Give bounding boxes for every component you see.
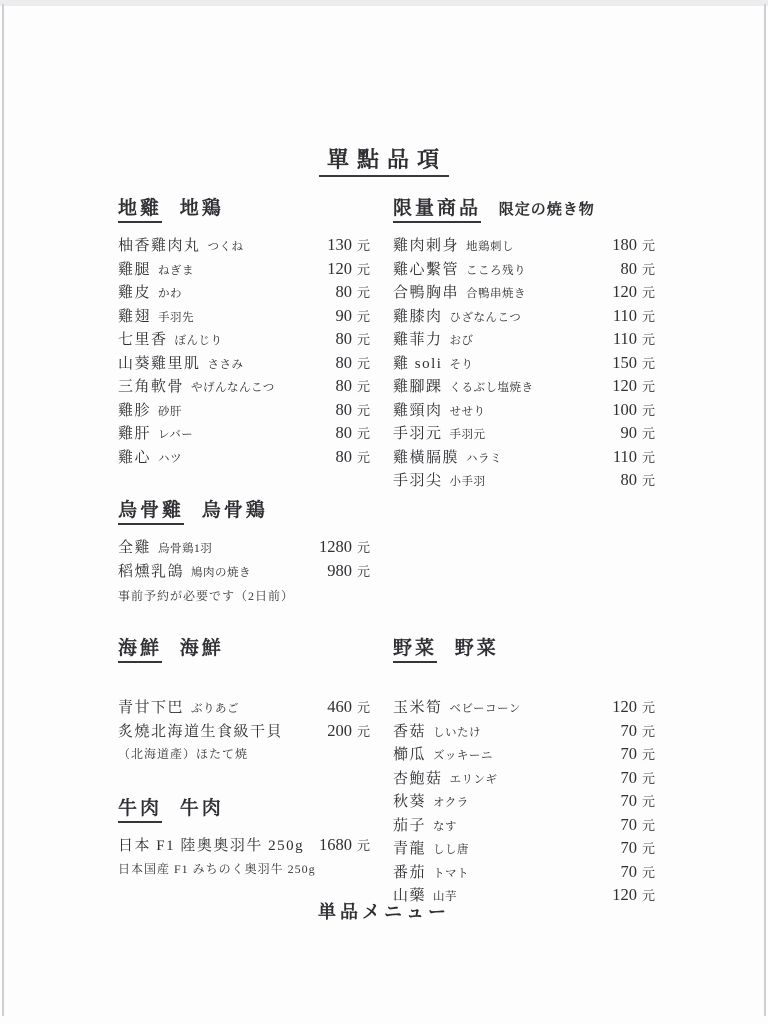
section-vegetables: 野菜 野菜 玉米筍ベビーコーン120元香菇しいたけ70元櫛瓜ズッキーニ70元杏鮑… xyxy=(393,633,655,908)
item-price-unit: 元 xyxy=(357,282,370,301)
item-name: 雞胗砂肝 xyxy=(118,399,182,420)
item-name-zh: 番茄 xyxy=(393,865,426,881)
menu-item-row: 手羽尖小手羽80元 xyxy=(393,469,655,493)
item-price-value: 90 xyxy=(601,423,637,443)
item-furigana: こころ残り xyxy=(466,265,526,277)
item-price-unit: 元 xyxy=(357,376,370,395)
item-name: 玉米筍ベビーコーン xyxy=(393,696,521,717)
item-price-unit: 元 xyxy=(357,721,370,740)
item-name: 雞肝レバー xyxy=(118,422,193,443)
item-name: 櫛瓜ズッキーニ xyxy=(393,743,493,764)
menu-item-row: 全雞烏骨鶏1羽1280元 xyxy=(118,536,370,560)
item-price: 80元 xyxy=(601,259,655,279)
item-name: 青甘下巴ぶりあご xyxy=(118,696,239,717)
item-price: 80元 xyxy=(316,376,370,396)
menu-item-row: 茄子なす70元 xyxy=(393,814,655,838)
item-furigana: ぶりあご xyxy=(191,703,239,715)
section-heading-zh: 野菜 xyxy=(393,638,437,663)
menu-item-row: 玉米筍ベビーコーン120元 xyxy=(393,696,655,720)
menu-item-row: 柚香雞肉丸つくね130元 xyxy=(118,234,370,258)
menu-item-row: 炙燒北海道生食級干貝200元 xyxy=(118,720,370,744)
item-furigana: レバー xyxy=(158,429,193,441)
item-price-value: 460 xyxy=(316,697,352,717)
item-name-zh: 青甘下巴 xyxy=(118,700,184,716)
item-name-zh: 柚香雞肉丸 xyxy=(118,238,201,254)
item-furigana: 小手羽 xyxy=(450,476,486,488)
item-name-zh: 雞菲力 xyxy=(393,332,443,348)
item-furigana: せせり xyxy=(450,406,486,418)
item-price-unit: 元 xyxy=(642,815,655,834)
item-furigana: 鳩肉の焼き xyxy=(191,567,251,579)
item-furigana: つくね xyxy=(208,241,244,253)
menu-item-row: 日本 F1 陸奧奧羽牛 250g1680元 xyxy=(118,834,370,858)
item-price: 180元 xyxy=(601,235,655,255)
item-furigana: ささみ xyxy=(208,359,244,371)
item-furigana: ベビーコーン xyxy=(450,703,521,715)
section-items: 青甘下巴ぶりあご460元炙燒北海道生食級干貝200元（北海道產）ほたて焼 xyxy=(118,696,370,765)
section-heading: 限量商品 限定の焼き物 xyxy=(393,193,655,220)
menu-item-row: 雞菲力おび110元 xyxy=(393,328,655,352)
item-price: 110元 xyxy=(601,306,655,326)
item-name: 雞腳踝くるぶし塩焼き xyxy=(393,375,534,396)
item-price: 70元 xyxy=(601,744,655,764)
item-name: 雞翅手羽先 xyxy=(118,305,194,326)
menu-item-row: 秋葵オクラ70元 xyxy=(393,790,655,814)
item-name-zh: 雞皮 xyxy=(118,285,151,301)
item-price: 80元 xyxy=(316,282,370,302)
item-price: 110元 xyxy=(601,329,655,349)
item-name: 番茄トマト xyxy=(393,861,469,882)
item-name-zh: 雞橫膈膜 xyxy=(393,450,459,466)
menu-item-row: 雞腿ねぎま120元 xyxy=(118,258,370,282)
item-furigana: 手羽元 xyxy=(450,429,486,441)
item-price-value: 1680 xyxy=(316,835,352,855)
item-price-value: 120 xyxy=(601,697,637,717)
section-items: 全雞烏骨鶏1羽1280元稻燻乳鴿鳩肉の焼き980元 xyxy=(118,536,370,583)
section-seafood: 海鮮 海鮮 青甘下巴ぶりあご460元炙燒北海道生食級干貝200元（北海道產）ほた… xyxy=(118,633,370,765)
section-heading-ja: 野菜 xyxy=(455,638,499,659)
item-price-unit: 元 xyxy=(357,561,370,580)
section-heading-ja: 烏骨鶏 xyxy=(202,500,268,521)
section-heading-ja: 牛肉 xyxy=(180,798,224,819)
item-furigana: しいたけ xyxy=(433,727,481,739)
section-heading: 烏骨雞 烏骨鶏 xyxy=(118,495,370,522)
item-name-zh: 手羽元 xyxy=(393,426,443,442)
item-furigana: しし唐 xyxy=(433,844,469,856)
section-heading: 地雞 地鶏 xyxy=(118,193,370,220)
item-price: 80元 xyxy=(316,400,370,420)
section-heading-zh: 牛肉 xyxy=(118,798,162,823)
item-price: 70元 xyxy=(601,768,655,788)
item-price-value: 110 xyxy=(601,447,637,467)
item-price-value: 110 xyxy=(601,329,637,349)
page-edge-bottom xyxy=(0,0,768,6)
item-price-value: 100 xyxy=(601,400,637,420)
item-furigana: やげんなんこつ xyxy=(191,382,275,394)
section-limited: 限量商品 限定の焼き物 雞肉刺身地鶏刺し180元雞心繫管こころ残り80元合鴨胸串… xyxy=(393,193,655,493)
menu-item-row: 手羽元手羽元90元 xyxy=(393,422,655,446)
item-furigana: ねぎま xyxy=(158,265,194,277)
item-name-zh: 雞腳踝 xyxy=(393,379,443,395)
item-price-value: 80 xyxy=(601,470,637,490)
item-price-unit: 元 xyxy=(642,862,655,881)
section-heading: 野菜 野菜 xyxy=(393,633,655,660)
item-price: 1280元 xyxy=(316,537,370,557)
item-price: 70元 xyxy=(601,815,655,835)
item-name-zh: 手羽尖 xyxy=(393,473,443,489)
item-furigana: 手羽先 xyxy=(158,312,194,324)
item-name-zh: 山葵雞里肌 xyxy=(118,356,201,372)
item-name-zh: 日本 F1 陸奧奧羽牛 250g xyxy=(118,838,304,854)
item-price-unit: 元 xyxy=(642,235,655,254)
section-beef: 牛肉 牛肉 日本 F1 陸奧奧羽牛 250g1680元日本国産 F1 みちのく奥… xyxy=(118,793,370,880)
item-price: 110元 xyxy=(601,447,655,467)
item-name: 雞膝肉ひざなんこつ xyxy=(393,305,521,326)
menu-item-row: 櫛瓜ズッキーニ70元 xyxy=(393,743,655,767)
item-price-value: 80 xyxy=(316,353,352,373)
item-name: 雞腿ねぎま xyxy=(118,258,194,279)
item-price-value: 80 xyxy=(316,376,352,396)
item-price-unit: 元 xyxy=(642,721,655,740)
menu-item-row: 雞胗砂肝80元 xyxy=(118,399,370,423)
section-heading: 海鮮 海鮮 xyxy=(118,633,370,660)
item-name: 雞心ハツ xyxy=(118,446,182,467)
item-name-zh: 雞頸肉 xyxy=(393,403,443,419)
item-price-value: 80 xyxy=(316,282,352,302)
item-price: 200元 xyxy=(316,721,370,741)
item-price-unit: 元 xyxy=(357,537,370,556)
menu-item-row: 雞翅手羽先90元 xyxy=(118,305,370,329)
menu-item-row: 三角軟骨やげんなんこつ80元 xyxy=(118,375,370,399)
page-title-text: 單點品項 xyxy=(319,147,449,177)
item-name-zh: 雞翅 xyxy=(118,309,151,325)
item-name: 香菇しいたけ xyxy=(393,720,481,741)
item-name-zh: 雞肝 xyxy=(118,426,151,442)
item-price-value: 120 xyxy=(316,259,352,279)
item-furigana: ズッキーニ xyxy=(433,750,493,762)
section-heading-ja: 限定の焼き物 xyxy=(499,202,595,218)
item-name: 柚香雞肉丸つくね xyxy=(118,234,244,255)
item-furigana: ひざなんこつ xyxy=(450,312,522,324)
item-price: 90元 xyxy=(601,423,655,443)
item-price-unit: 元 xyxy=(642,306,655,325)
item-name-zh: 秋葵 xyxy=(393,794,426,810)
item-price: 120元 xyxy=(316,259,370,279)
item-price: 1680元 xyxy=(316,835,370,855)
item-price-value: 80 xyxy=(601,259,637,279)
item-price-value: 110 xyxy=(601,306,637,326)
item-name-zh: 七里香 xyxy=(118,332,168,348)
item-price: 460元 xyxy=(316,697,370,717)
item-price-unit: 元 xyxy=(357,423,370,442)
menu-item-row: 山葵雞里肌ささみ80元 xyxy=(118,352,370,376)
item-price: 120元 xyxy=(601,282,655,302)
item-name: 七里香ぼんじり xyxy=(118,328,223,349)
item-name-zh: 雞心 xyxy=(118,450,151,466)
item-price-value: 80 xyxy=(316,329,352,349)
item-name: 秋葵オクラ xyxy=(393,790,469,811)
item-price-value: 180 xyxy=(601,235,637,255)
menu-item-row: 雞 soliそり150元 xyxy=(393,352,655,376)
item-furigana: 合鴨串焼き xyxy=(466,288,526,300)
item-price-value: 980 xyxy=(316,561,352,581)
item-name-zh: 炙燒北海道生食級干貝 xyxy=(118,724,283,740)
item-name: 三角軟骨やげんなんこつ xyxy=(118,375,275,396)
item-furigana: ハラミ xyxy=(466,453,502,465)
menu-item-row: 雞頸肉せせり100元 xyxy=(393,399,655,423)
item-price-value: 70 xyxy=(601,815,637,835)
item-price: 70元 xyxy=(601,838,655,858)
section-heading-zh: 限量商品 xyxy=(393,198,481,223)
menu-item-row: 杏鮑菇エリンギ70元 xyxy=(393,767,655,791)
item-furigana: エリンギ xyxy=(450,774,498,786)
item-name-zh: 雞腿 xyxy=(118,262,151,278)
item-name: 青龍しし唐 xyxy=(393,837,469,858)
section-heading-ja: 海鮮 xyxy=(180,638,224,659)
item-price-unit: 元 xyxy=(642,423,655,442)
item-price: 70元 xyxy=(601,862,655,882)
item-price-unit: 元 xyxy=(357,353,370,372)
item-price: 80元 xyxy=(601,470,655,490)
item-name: 雞心繫管こころ残り xyxy=(393,258,526,279)
item-name: 雞皮かわ xyxy=(118,281,182,302)
item-price-value: 1280 xyxy=(316,537,352,557)
section-note: 事前予約が必要です（2日前） xyxy=(118,585,370,607)
section-items: 日本 F1 陸奧奧羽牛 250g1680元日本国産 F1 みちのく奥羽牛 250… xyxy=(118,834,370,880)
item-note: 日本国産 F1 みちのく奥羽牛 250g xyxy=(118,858,370,880)
menu-item-row: 雞膝肉ひざなんこつ110元 xyxy=(393,305,655,329)
item-name: 杏鮑菇エリンギ xyxy=(393,767,498,788)
item-name: 手羽尖小手羽 xyxy=(393,469,486,490)
item-price: 70元 xyxy=(601,791,655,811)
item-price-unit: 元 xyxy=(642,259,655,278)
menu-item-row: 香菇しいたけ70元 xyxy=(393,720,655,744)
item-furigana: 砂肝 xyxy=(158,406,182,418)
item-price-value: 70 xyxy=(601,862,637,882)
item-name-zh: 雞 soli xyxy=(393,356,442,372)
item-price-unit: 元 xyxy=(642,768,655,787)
item-price: 80元 xyxy=(316,353,370,373)
item-price: 120元 xyxy=(601,697,655,717)
item-price-unit: 元 xyxy=(642,470,655,489)
item-furigana: 地鶏刺し xyxy=(466,241,514,253)
menu-item-row: 雞心ハツ80元 xyxy=(118,446,370,470)
section-heading-zh: 地雞 xyxy=(118,198,162,223)
menu-item-row: 雞橫膈膜ハラミ110元 xyxy=(393,446,655,470)
section-items: 雞肉刺身地鶏刺し180元雞心繫管こころ残り80元合鴨胸串合鴨串焼き120元雞膝肉… xyxy=(393,234,655,493)
item-price-value: 70 xyxy=(601,838,637,858)
item-name: 雞橫膈膜ハラミ xyxy=(393,446,502,467)
item-furigana: オクラ xyxy=(433,797,469,809)
menu-item-row: 合鴨胸串合鴨串焼き120元 xyxy=(393,281,655,305)
menu-item-row: 雞肝レバー80元 xyxy=(118,422,370,446)
section-heading-zh: 烏骨雞 xyxy=(118,500,184,525)
menu-item-row: 雞腳踝くるぶし塩焼き120元 xyxy=(393,375,655,399)
item-price-unit: 元 xyxy=(357,235,370,254)
item-name: 稻燻乳鴿鳩肉の焼き xyxy=(118,560,251,581)
item-price-unit: 元 xyxy=(642,376,655,395)
item-name: 雞 soliそり xyxy=(393,352,473,373)
item-name-zh: 櫛瓜 xyxy=(393,747,426,763)
item-name: 雞頸肉せせり xyxy=(393,399,486,420)
item-name-zh: 玉米筍 xyxy=(393,700,443,716)
item-price-unit: 元 xyxy=(642,838,655,857)
item-name-zh: 青龍 xyxy=(393,841,426,857)
item-furigana: ハツ xyxy=(158,453,182,465)
item-price-value: 70 xyxy=(601,791,637,811)
item-name-zh: 合鴨胸串 xyxy=(393,285,459,301)
item-price-unit: 元 xyxy=(642,744,655,763)
item-name-zh: 雞心繫管 xyxy=(393,262,459,278)
item-price: 80元 xyxy=(316,447,370,467)
item-furigana: なす xyxy=(433,821,457,833)
item-price-unit: 元 xyxy=(642,353,655,372)
item-name: 雞肉刺身地鶏刺し xyxy=(393,234,514,255)
item-price-unit: 元 xyxy=(642,697,655,716)
item-price-unit: 元 xyxy=(357,306,370,325)
item-price: 70元 xyxy=(601,721,655,741)
item-price-value: 80 xyxy=(316,423,352,443)
section-items: 玉米筍ベビーコーン120元香菇しいたけ70元櫛瓜ズッキーニ70元杏鮑菇エリンギ7… xyxy=(393,696,655,908)
menu-item-row: 番茄トマト70元 xyxy=(393,861,655,885)
menu-item-row: 雞肉刺身地鶏刺し180元 xyxy=(393,234,655,258)
menu-item-row: 七里香ぼんじり80元 xyxy=(118,328,370,352)
item-name-zh: 全雞 xyxy=(118,540,151,556)
item-price-unit: 元 xyxy=(357,329,370,348)
item-price-unit: 元 xyxy=(642,791,655,810)
item-name: 合鴨胸串合鴨串焼き xyxy=(393,281,526,302)
section-silkie: 烏骨雞 烏骨鶏 全雞烏骨鶏1羽1280元稻燻乳鴿鳩肉の焼き980元 事前予約が必… xyxy=(118,495,370,607)
item-furigana: かわ xyxy=(158,288,182,300)
item-name-zh: 雞肉刺身 xyxy=(393,238,459,254)
section-items: 柚香雞肉丸つくね130元雞腿ねぎま120元雞皮かわ80元雞翅手羽先90元七里香ぼ… xyxy=(118,234,370,469)
item-name-zh: 雞膝肉 xyxy=(393,309,443,325)
item-price: 130元 xyxy=(316,235,370,255)
item-name: 日本 F1 陸奧奧羽牛 250g xyxy=(118,834,304,855)
menu-item-row: 雞心繫管こころ残り80元 xyxy=(393,258,655,282)
menu-item-row: 青甘下巴ぶりあご460元 xyxy=(118,696,370,720)
item-furigana: 烏骨鶏1羽 xyxy=(158,543,212,555)
section-jidori: 地雞 地鶏 柚香雞肉丸つくね130元雞腿ねぎま120元雞皮かわ80元雞翅手羽先9… xyxy=(118,193,370,469)
item-price-unit: 元 xyxy=(357,447,370,466)
item-price-value: 120 xyxy=(601,282,637,302)
item-price-value: 70 xyxy=(601,768,637,788)
item-name-zh: 香菇 xyxy=(393,724,426,740)
item-note: （北海道產）ほたて焼 xyxy=(118,743,370,765)
item-price-value: 200 xyxy=(316,721,352,741)
footer-title: 単品メニュー xyxy=(0,898,768,924)
item-price-unit: 元 xyxy=(642,447,655,466)
item-furigana: トマト xyxy=(433,868,469,880)
item-name: 雞菲力おび xyxy=(393,328,474,349)
item-price-unit: 元 xyxy=(357,400,370,419)
item-price-value: 90 xyxy=(316,306,352,326)
item-name: 手羽元手羽元 xyxy=(393,422,486,443)
item-name: 全雞烏骨鶏1羽 xyxy=(118,536,212,557)
item-name: 茄子なす xyxy=(393,814,457,835)
item-price-value: 150 xyxy=(601,353,637,373)
item-price-unit: 元 xyxy=(357,259,370,278)
item-price: 150元 xyxy=(601,353,655,373)
item-price-unit: 元 xyxy=(642,329,655,348)
menu-item-row: 雞皮かわ80元 xyxy=(118,281,370,305)
item-price-unit: 元 xyxy=(642,282,655,301)
item-price: 80元 xyxy=(316,329,370,349)
item-price-value: 80 xyxy=(316,400,352,420)
item-price: 120元 xyxy=(601,376,655,396)
item-price-value: 120 xyxy=(601,376,637,396)
item-furigana: ぼんじり xyxy=(175,335,223,347)
item-price: 80元 xyxy=(316,423,370,443)
menu-item-row: 青龍しし唐70元 xyxy=(393,837,655,861)
item-price-unit: 元 xyxy=(357,835,370,854)
item-price-value: 80 xyxy=(316,447,352,467)
item-name-zh: 稻燻乳鴿 xyxy=(118,564,184,580)
item-price: 100元 xyxy=(601,400,655,420)
item-furigana: そり xyxy=(449,359,473,371)
item-name-zh: 茄子 xyxy=(393,818,426,834)
item-name: 炙燒北海道生食級干貝 xyxy=(118,720,283,741)
section-heading-ja: 地鶏 xyxy=(180,198,224,219)
item-price-value: 70 xyxy=(601,744,637,764)
item-furigana: おび xyxy=(450,335,474,347)
item-furigana: くるぶし塩焼き xyxy=(450,382,534,394)
item-price-value: 130 xyxy=(316,235,352,255)
item-name-zh: 三角軟骨 xyxy=(118,379,184,395)
item-price-value: 70 xyxy=(601,721,637,741)
item-name: 山葵雞里肌ささみ xyxy=(118,352,244,373)
item-price-unit: 元 xyxy=(642,400,655,419)
item-name-zh: 杏鮑菇 xyxy=(393,771,443,787)
item-price-unit: 元 xyxy=(357,697,370,716)
section-heading-zh: 海鮮 xyxy=(118,638,162,663)
item-price: 90元 xyxy=(316,306,370,326)
section-heading: 牛肉 牛肉 xyxy=(118,793,370,820)
item-price: 980元 xyxy=(316,561,370,581)
item-name-zh: 雞胗 xyxy=(118,403,151,419)
menu-item-row: 稻燻乳鴿鳩肉の焼き980元 xyxy=(118,560,370,584)
page-title: 單點品項 xyxy=(0,143,768,174)
